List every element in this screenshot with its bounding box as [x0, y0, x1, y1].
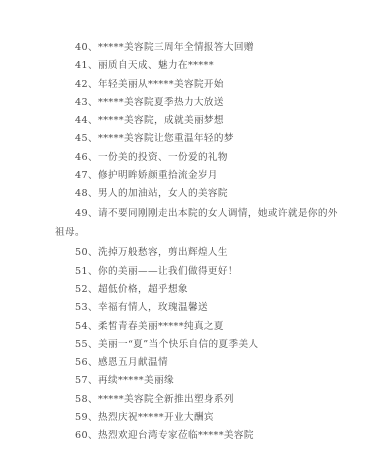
list-item-60: 60、热烈欢迎台湾专家莅临*****美容院 — [0, 427, 386, 445]
list-item-55: 55、美丽一“夏”当个快乐自信的夏季美人 — [0, 336, 386, 354]
list-item-53: 53、幸福有情人，玫瑰温馨送 — [0, 299, 386, 317]
list-item-52: 52、超低价格，超乎想象 — [0, 281, 386, 299]
list-item-59: 59、热烈庆祝*****开业大酬宾 — [0, 409, 386, 427]
list-item-58: 58、*****美容院全新推出塑身系列 — [0, 391, 386, 409]
list-item-48: 48、男人的加油站，女人的美容院 — [0, 185, 386, 203]
list-item-49-continuation: 祖母。 — [0, 223, 386, 243]
list-item-40: 40、*****美容院三周年全情报答大回赠 — [0, 39, 386, 57]
list-item-56: 56、感恩五月献温情 — [0, 354, 386, 372]
list-item-54: 54、柔皙青春美丽*****纯真之夏 — [0, 318, 386, 336]
list-item-51: 51、你的美丽——让我们做得更好！ — [0, 263, 386, 281]
list-item-57: 57、再续*****美丽缘 — [0, 372, 386, 390]
list-item-47: 47、修护明眸娇颜重拾流金岁月 — [0, 167, 386, 185]
list-item-49: 49、请不要同刚刚走出本院的女人调情，她或许就是你的外 — [0, 204, 386, 223]
list-item-43: 43、*****美容院夏季热力大放送 — [0, 94, 386, 112]
list-item-44: 44、*****美容院，成就美丽梦想 — [0, 112, 386, 130]
list-item-45: 45、*****美容院让您重温年轻的梦 — [0, 130, 386, 148]
list-item-46: 46、一份美的投资、一份爱的礼物 — [0, 149, 386, 167]
document-body: 40、*****美容院三周年全情报答大回赠 41、丽质自天成、魅力在***** … — [0, 39, 386, 446]
list-item-42: 42、年轻美丽从*****美容院开始 — [0, 76, 386, 94]
list-item-41: 41、丽质自天成、魅力在***** — [0, 57, 386, 75]
list-item-50: 50、洗掉万般愁容，剪出辉煌人生 — [0, 243, 386, 263]
